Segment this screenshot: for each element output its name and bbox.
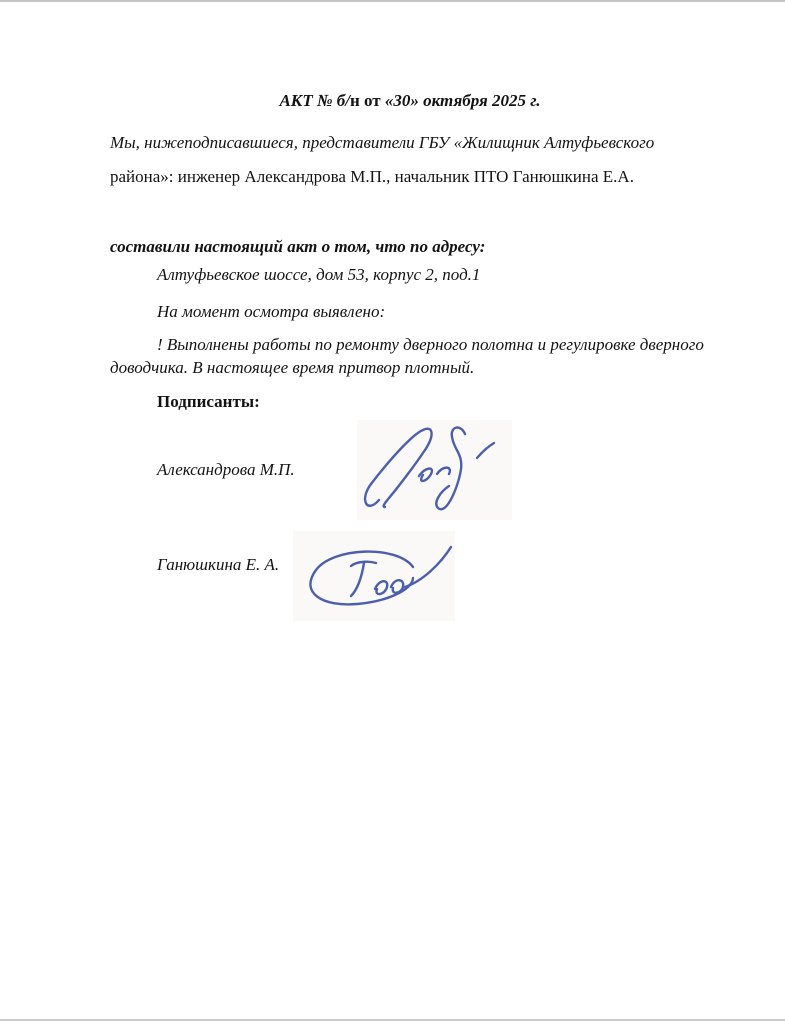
findings-paragraph: ! Выполнены работы по ремонту дверного п… bbox=[110, 333, 710, 379]
signers-heading: Подписанты: bbox=[110, 391, 710, 413]
document-title: АКТ № б/н от «30» октября 2025 г. bbox=[110, 90, 710, 112]
title-part-3: «30» октября 2025 г. bbox=[385, 91, 541, 110]
signature-scan-ganyushkina bbox=[293, 531, 455, 621]
page-top-edge bbox=[0, 0, 785, 2]
signature-scan-alexandrova bbox=[357, 420, 512, 520]
statement-line: составили настоящий акт о том, что по ад… bbox=[110, 236, 710, 258]
signature-ink-ganyushkina bbox=[293, 531, 455, 621]
address-line: Алтуфьевское шоссе, дом 53, корпус 2, по… bbox=[110, 264, 710, 286]
signature-ink-alexandrova bbox=[357, 420, 512, 520]
inspection-heading: На момент осмотра выявлено: bbox=[110, 301, 710, 323]
title-part-2: н от bbox=[350, 91, 385, 110]
intro-line-upright: района»: инженер Александрова М.П., нача… bbox=[110, 160, 710, 194]
title-part-1: АКТ № б/ bbox=[279, 91, 350, 110]
page-bottom-edge bbox=[0, 1019, 785, 1021]
intro-line-italic: Мы, нижеподписавшиеся, представители ГБУ… bbox=[110, 126, 710, 160]
intro-paragraph: Мы, нижеподписавшиеся, представители ГБУ… bbox=[110, 126, 710, 194]
document-page: АКТ № б/н от «30» октября 2025 г. Мы, ни… bbox=[0, 0, 785, 1026]
